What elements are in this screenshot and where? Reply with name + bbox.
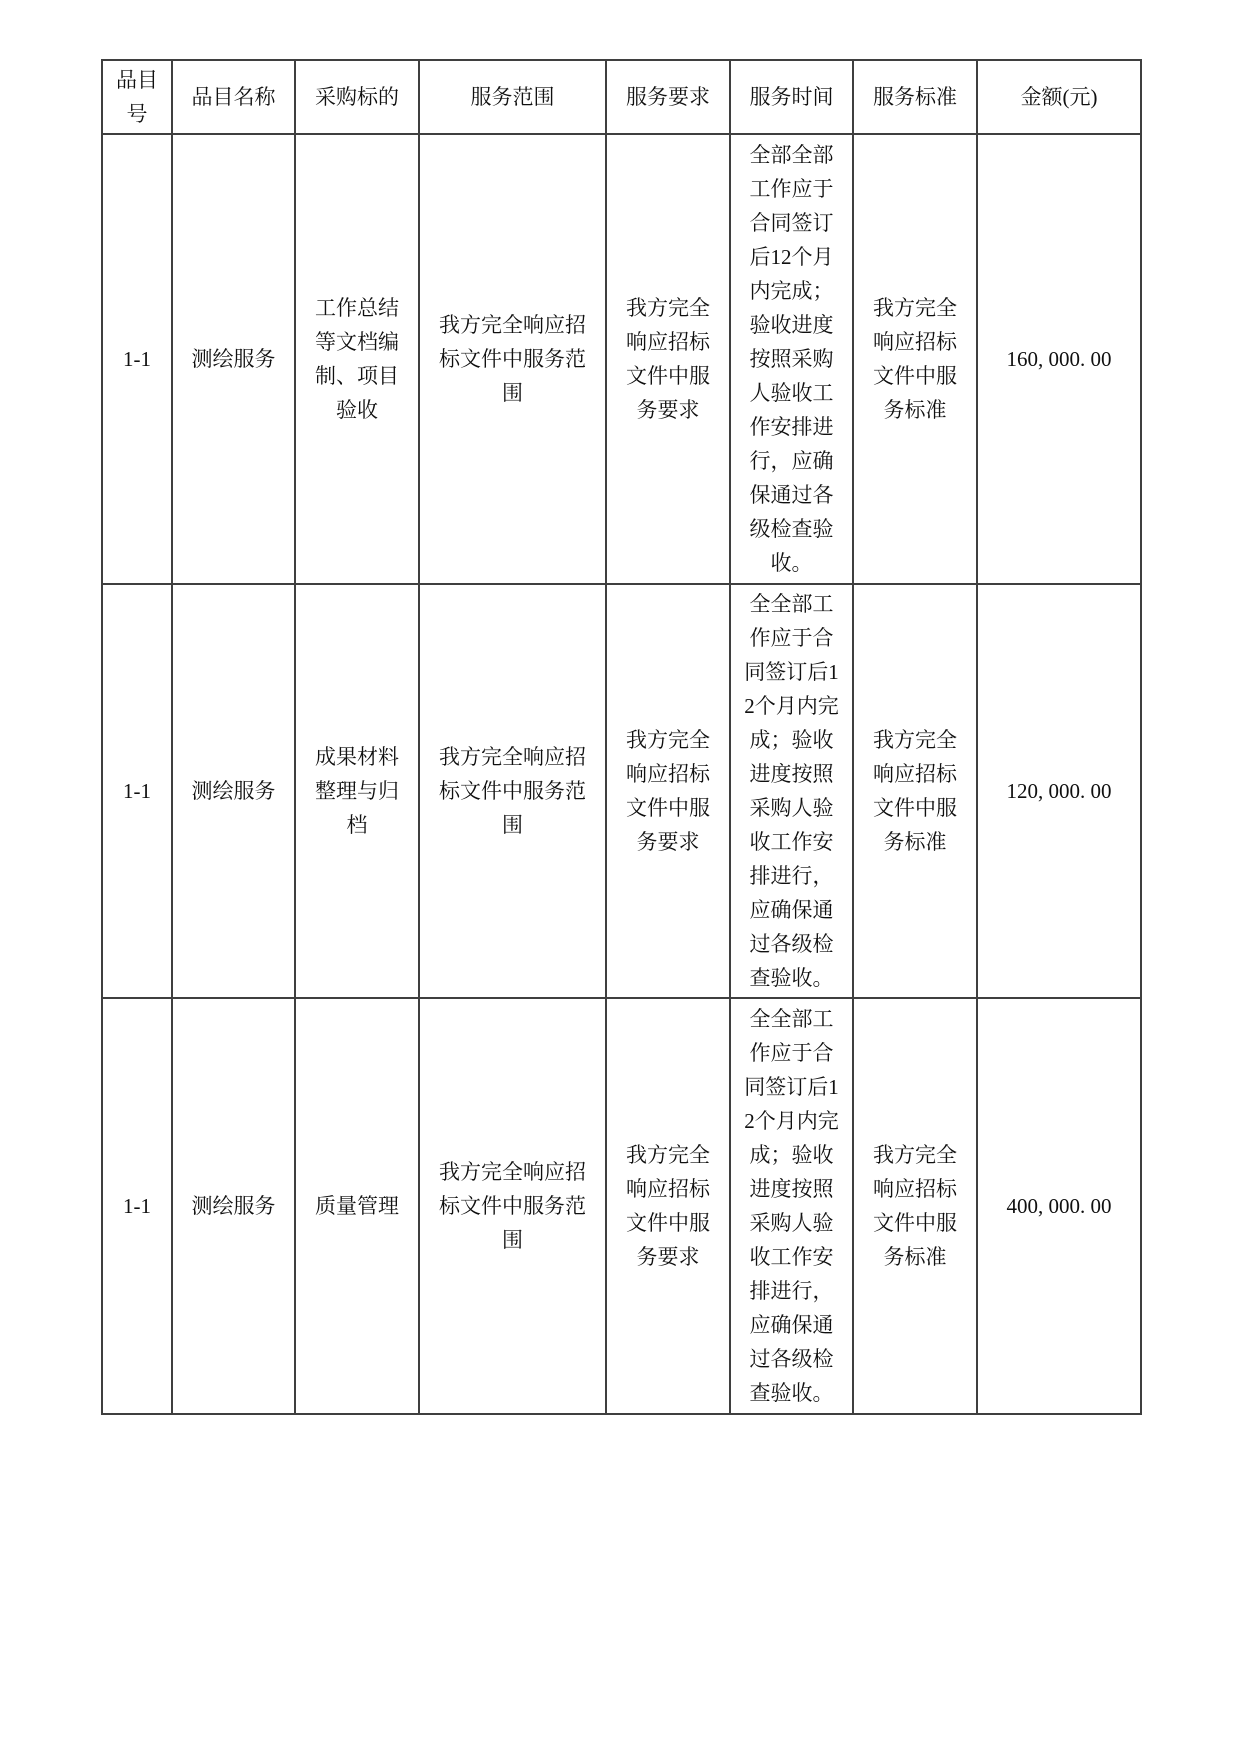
column-header-service-requirements: 服务要求 — [606, 60, 730, 134]
table-header-row: 品目号 品目名称 采购标的 服务范围 服务要求 服务时间 服务标准 金额(元) — [102, 60, 1141, 134]
column-header-amount: 金额(元) — [977, 60, 1141, 134]
cell-service-standard: 我方完全响应招标文件中服务标准 — [853, 584, 977, 998]
cell-procurement-target: 工作总结等文档编制、项目验收 — [295, 134, 419, 584]
cell-procurement-target: 质量管理 — [295, 998, 419, 1414]
cell-service-requirements: 我方完全响应招标文件中服务要求 — [606, 134, 730, 584]
cell-service-time: 全全部工作应于合同签订后12个月内完成；验收进度按照采购人验收工作安排进行，应确… — [730, 584, 853, 998]
column-header-service-time: 服务时间 — [730, 60, 853, 134]
cell-amount: 120, 000. 00 — [977, 584, 1141, 998]
table-row: 1-1 测绘服务 质量管理 我方完全响应招标文件中服务范围 我方完全响应招标文件… — [102, 998, 1141, 1414]
cell-item-name: 测绘服务 — [172, 998, 295, 1414]
column-header-procurement-target: 采购标的 — [295, 60, 419, 134]
cell-service-scope: 我方完全响应招标文件中服务范围 — [419, 134, 606, 584]
cell-item-name: 测绘服务 — [172, 584, 295, 998]
document-page: 品目号 品目名称 采购标的 服务范围 服务要求 服务时间 服务标准 金额(元) … — [0, 0, 1242, 1756]
table-row: 1-1 测绘服务 成果材料整理与归档 我方完全响应招标文件中服务范围 我方完全响… — [102, 584, 1141, 998]
column-header-item-no: 品目号 — [102, 60, 172, 134]
cell-item-no: 1-1 — [102, 998, 172, 1414]
table-row: 1-1 测绘服务 工作总结等文档编制、项目验收 我方完全响应招标文件中服务范围 … — [102, 134, 1141, 584]
procurement-items-table: 品目号 品目名称 采购标的 服务范围 服务要求 服务时间 服务标准 金额(元) … — [101, 59, 1142, 1415]
column-header-item-name: 品目名称 — [172, 60, 295, 134]
cell-service-time: 全部全部工作应于合同签订后12个月内完成；验收进度按照采购人验收工作安排进行，应… — [730, 134, 853, 584]
cell-service-time: 全全部工作应于合同签订后12个月内完成；验收进度按照采购人验收工作安排进行，应确… — [730, 998, 853, 1414]
cell-item-name: 测绘服务 — [172, 134, 295, 584]
cell-service-requirements: 我方完全响应招标文件中服务要求 — [606, 584, 730, 998]
cell-amount: 400, 000. 00 — [977, 998, 1141, 1414]
cell-service-standard: 我方完全响应招标文件中服务标准 — [853, 998, 977, 1414]
cell-service-standard: 我方完全响应招标文件中服务标准 — [853, 134, 977, 584]
column-header-service-scope: 服务范围 — [419, 60, 606, 134]
cell-item-no: 1-1 — [102, 134, 172, 584]
cell-item-no: 1-1 — [102, 584, 172, 998]
cell-service-requirements: 我方完全响应招标文件中服务要求 — [606, 998, 730, 1414]
column-header-service-standard: 服务标准 — [853, 60, 977, 134]
cell-service-scope: 我方完全响应招标文件中服务范围 — [419, 998, 606, 1414]
cell-service-scope: 我方完全响应招标文件中服务范围 — [419, 584, 606, 998]
cell-amount: 160, 000. 00 — [977, 134, 1141, 584]
cell-procurement-target: 成果材料整理与归档 — [295, 584, 419, 998]
